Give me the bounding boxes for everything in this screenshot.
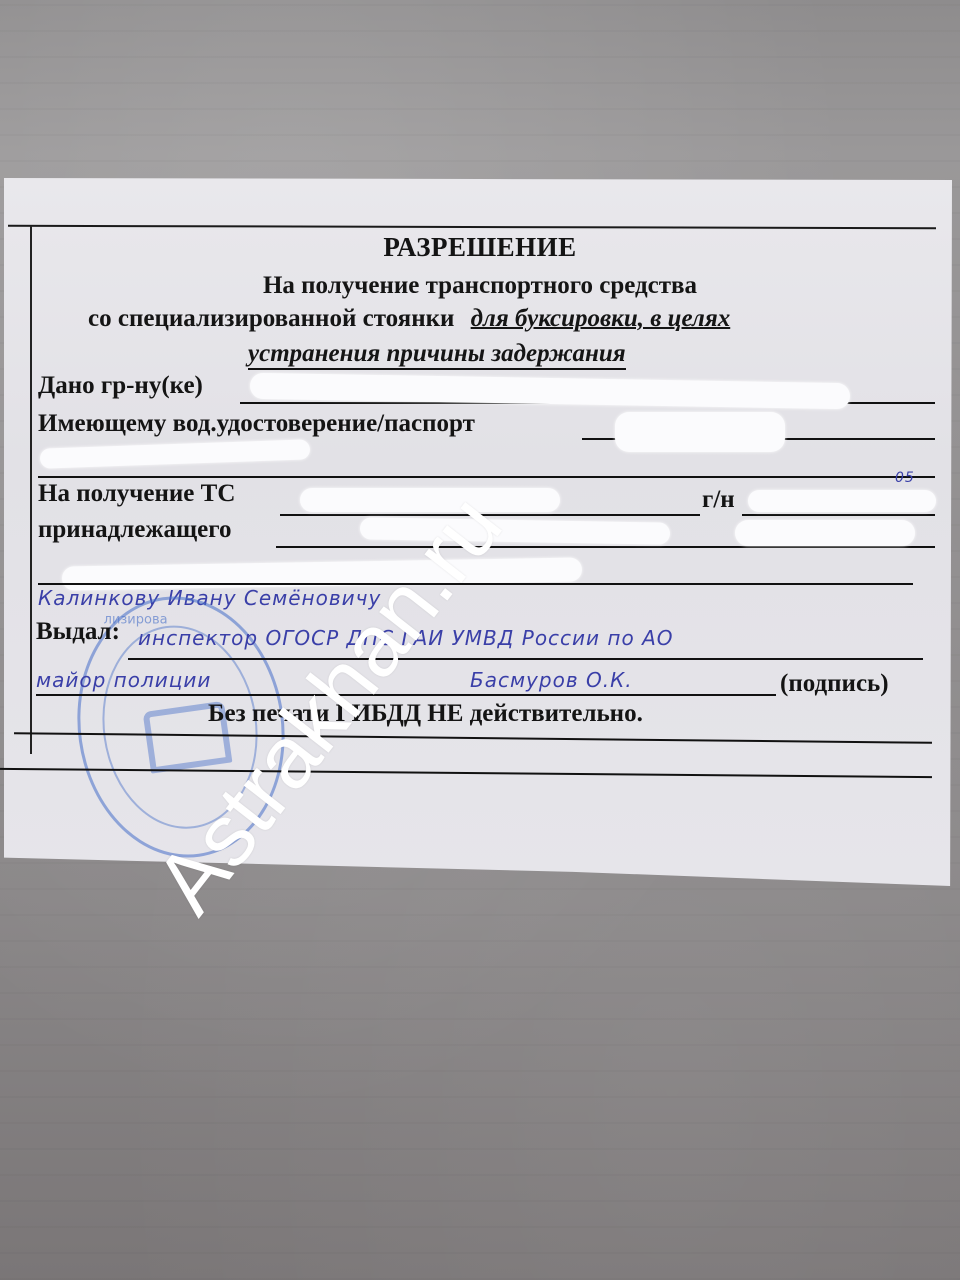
frame-left-border xyxy=(30,226,32,754)
issuer-handwritten-line2: майор полиции xyxy=(36,668,211,692)
vehicle-label: На получение ТС xyxy=(38,480,235,508)
subtitle-prefix: со специализированной стоянки xyxy=(88,305,454,332)
issuer-signature: Басмуров О.К. xyxy=(470,668,633,692)
issued-by-line xyxy=(128,658,923,660)
issued-by-label: Выдал: xyxy=(36,618,120,646)
license-line-2 xyxy=(38,476,935,478)
license-label: Имеющему вод.удостоверение/паспорт xyxy=(38,410,475,438)
redaction-mark xyxy=(615,412,785,452)
signature-label: (подпись) xyxy=(780,670,889,698)
document-title: РАЗРЕШЕНИЕ xyxy=(0,232,960,263)
plate-label: г/н xyxy=(702,486,735,514)
owner-label: принадлежащего xyxy=(38,516,231,544)
redaction-mark xyxy=(748,490,936,512)
plate-suffix: 05 xyxy=(895,470,915,486)
purpose-line2: устранения причины задержания xyxy=(248,340,626,370)
owner-line xyxy=(276,546,935,548)
redaction-mark xyxy=(735,520,915,546)
given-to-label: Дано гр-ну(ке) xyxy=(38,372,203,400)
signature-line xyxy=(36,694,776,696)
plate-line xyxy=(742,514,935,516)
document-subtitle-line1: На получение транспортного средства xyxy=(0,272,960,300)
document-subtitle-line2: со специализированной стоянки для буксир… xyxy=(88,305,730,333)
purpose-line1: для буксировки, в целях xyxy=(471,305,731,332)
